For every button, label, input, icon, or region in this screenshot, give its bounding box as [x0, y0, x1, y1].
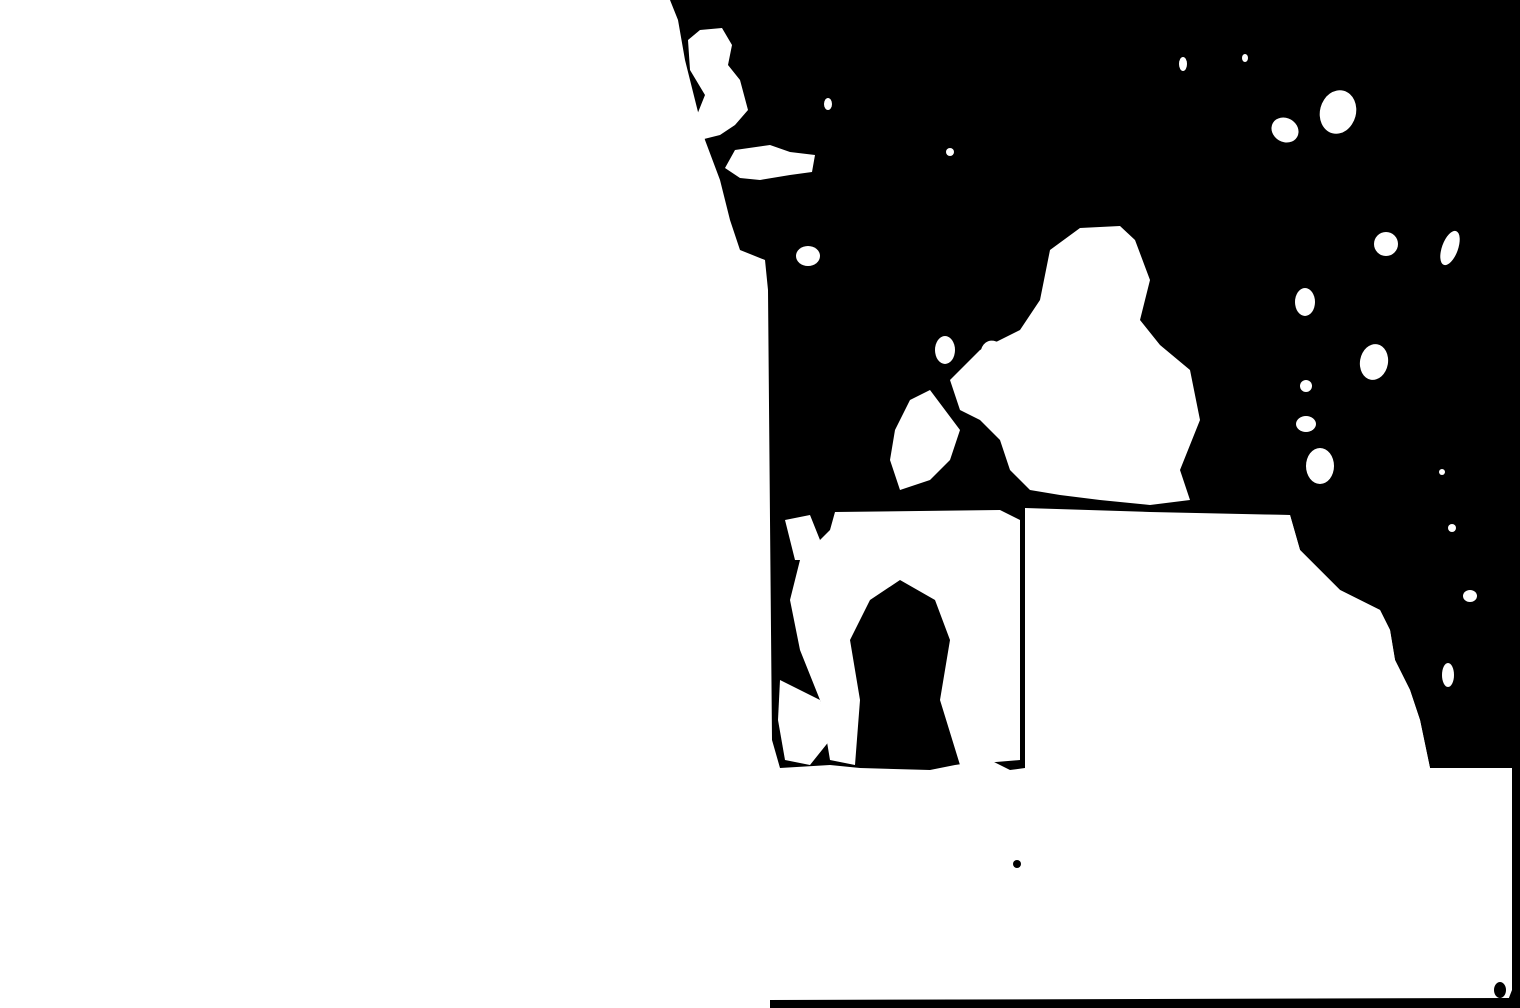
- binary-mask-image: [0, 0, 1520, 1008]
